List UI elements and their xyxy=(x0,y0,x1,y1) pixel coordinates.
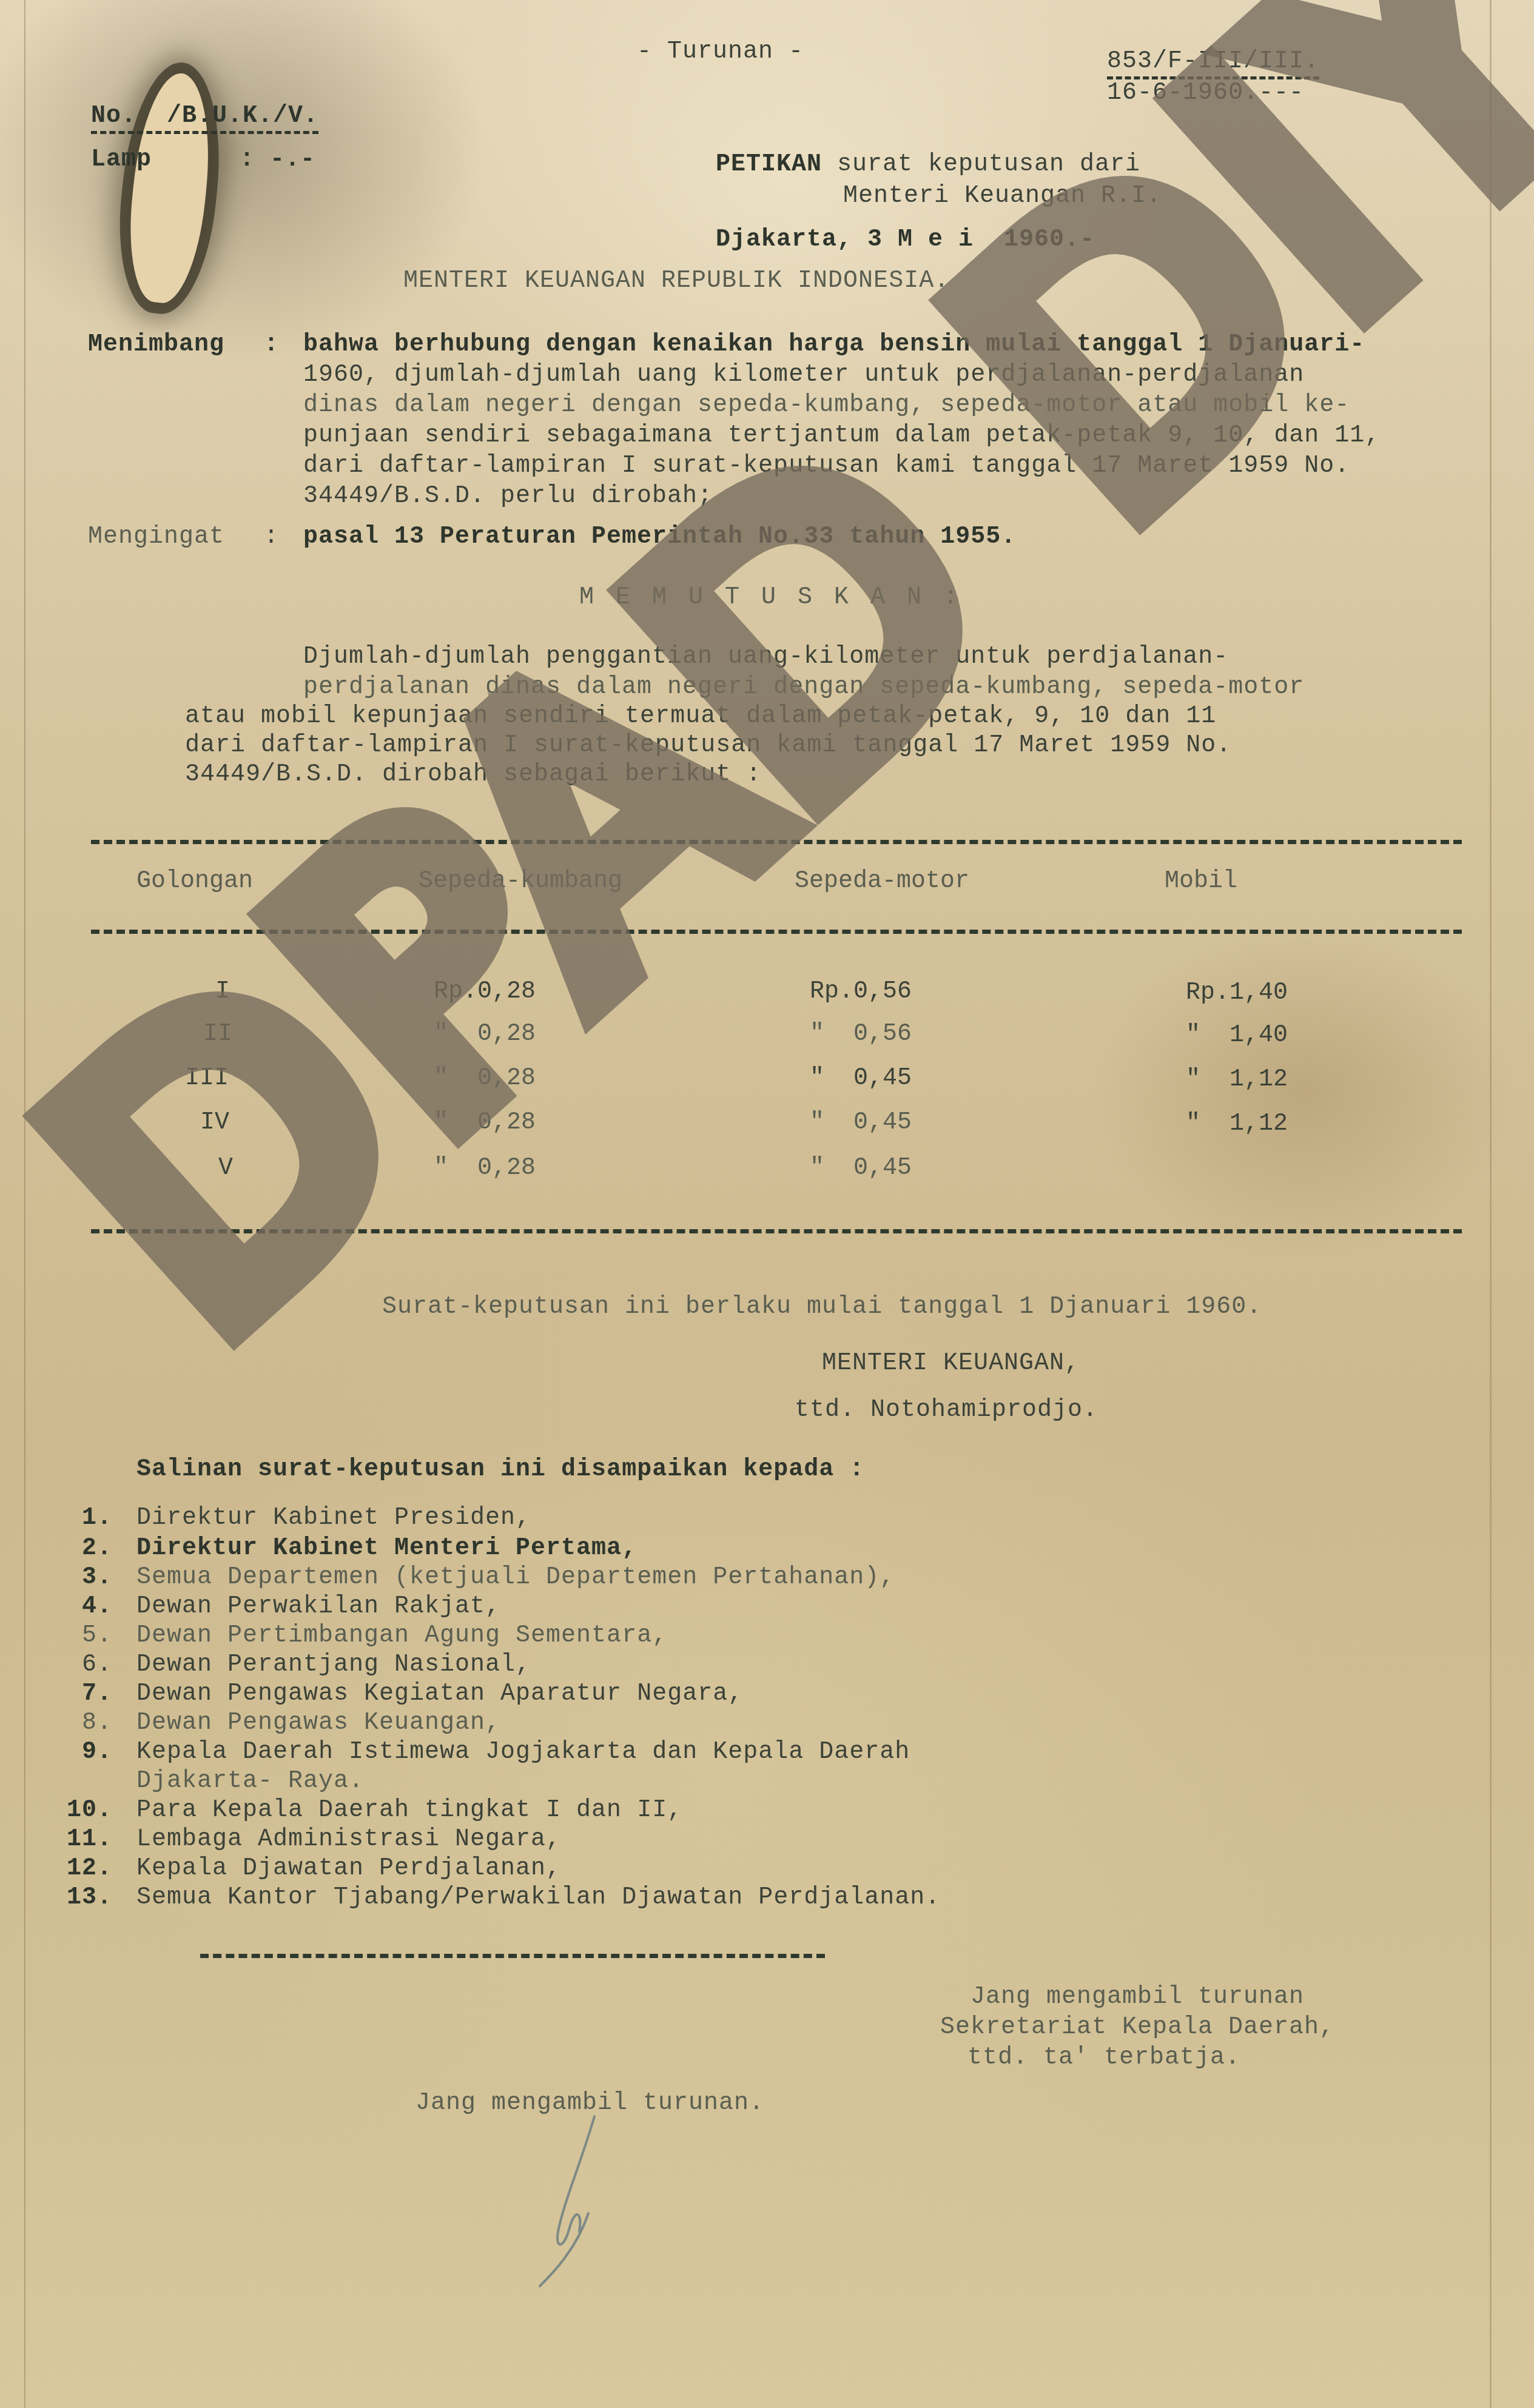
recalling-text: pasal 13 Peraturan Pemerintah No.33 tahu… xyxy=(303,523,1016,552)
decides-line: Djumlah-djumlah penggantian uang-kilomet… xyxy=(303,643,1228,672)
cell-golongan: III xyxy=(185,1064,229,1093)
cell-golongan: IV xyxy=(200,1108,229,1138)
table-rule-bottom xyxy=(91,1229,1462,1233)
list-number: 4. xyxy=(82,1592,112,1622)
column-header-mobil: Mobil xyxy=(1165,867,1237,896)
signatory-signed: ttd. Notohamiprodjo. xyxy=(795,1396,1098,1425)
attestation-line-3: ttd. ta' terbatja. xyxy=(967,2044,1240,2073)
reference-number-text: 853/F-III/III. xyxy=(1107,48,1319,79)
handwritten-signature xyxy=(522,2110,619,2292)
excerpt-subtitle: Menteri Keuangan R.I. xyxy=(843,182,1162,211)
cell-mobil: " 1,12 xyxy=(1186,1065,1288,1095)
signatory-title: MENTERI KEUANGAN, xyxy=(822,1349,1080,1378)
list-number: 9. xyxy=(82,1738,112,1767)
cell-sepeda-motor: " 0,56 xyxy=(810,1020,912,1049)
list-number: 3. xyxy=(82,1563,112,1592)
considerations-line: bahwa berhubung dengan kenaikan harga be… xyxy=(303,330,1365,360)
letter-number-text: No. /B.U.K./V. xyxy=(91,102,318,134)
cell-sepeda-kumbang: " 0,28 xyxy=(434,1108,536,1138)
list-text: Dewan Pengawas Kegiatan Aparatur Negara, xyxy=(136,1680,743,1709)
distribution-rule xyxy=(200,1954,825,1958)
list-text: Para Kepala Daerah tingkat I dan II, xyxy=(136,1796,682,1825)
list-number: 8. xyxy=(82,1709,112,1738)
cell-sepeda-kumbang: " 0,28 xyxy=(434,1020,536,1049)
considerations-line: dinas dalam negeri dengan sepeda-kumbang… xyxy=(303,391,1350,420)
column-header-sepeda-kumbang: Sepeda-kumbang xyxy=(419,867,622,896)
cell-golongan: I xyxy=(215,978,230,1007)
decides-line: atau mobil kepunjaan sendiri termuat dal… xyxy=(185,702,1216,731)
cell-sepeda-kumbang: Rp.0,28 xyxy=(434,978,536,1007)
decides-heading: M E M U T U S K A N : xyxy=(579,583,961,612)
list-text: Kepala Djawatan Perdjalanan, xyxy=(136,1854,561,1883)
cell-sepeda-motor: " 0,45 xyxy=(810,1064,912,1093)
excerpt-title-rest: surat keputusan dari xyxy=(822,151,1140,178)
page-edge-right xyxy=(1490,0,1492,2408)
copy-label: - Turunan - xyxy=(637,38,804,67)
considerations-line: 1960, djumlah-djumlah uang kilometer unt… xyxy=(303,361,1304,390)
cell-sepeda-motor: " 0,45 xyxy=(810,1108,912,1138)
list-text: Djakarta- Raya. xyxy=(136,1767,364,1796)
cell-mobil: " 1,40 xyxy=(1186,1021,1288,1050)
list-number: 11. xyxy=(67,1825,112,1854)
list-text: Dewan Perantjang Nasional, xyxy=(136,1651,531,1680)
reference-number: 853/F-III/III. xyxy=(1107,47,1319,76)
list-number: 12. xyxy=(67,1854,112,1883)
considerations-line: dari daftar-lampiran I surat-keputusan k… xyxy=(303,452,1350,481)
considerations-sep: : xyxy=(264,330,279,360)
issuer-heading: MENTERI KEUANGAN REPUBLIK INDONESIA. xyxy=(403,267,949,296)
cell-mobil: " 1,12 xyxy=(1186,1110,1288,1139)
cell-mobil: Rp.1,40 xyxy=(1186,979,1288,1008)
list-text: Dewan Pengawas Keuangan, xyxy=(136,1709,500,1738)
cell-sepeda-motor: Rp.0,56 xyxy=(810,978,912,1007)
cell-sepeda-kumbang: " 0,28 xyxy=(434,1064,536,1093)
list-number: 10. xyxy=(67,1796,112,1825)
attachment-value: : -.- xyxy=(240,146,315,175)
list-text: Semua Kantor Tjabang/Perwakilan Djawatan… xyxy=(136,1883,940,1913)
page-edge-left xyxy=(24,0,25,2408)
attachment-label: Lamp xyxy=(91,146,152,175)
excerpt-title: PETIKAN surat keputusan dari xyxy=(716,150,1140,179)
list-number: 5. xyxy=(82,1622,112,1651)
cell-sepeda-kumbang: " 0,28 xyxy=(434,1154,536,1183)
excerpt-title-bold: PETIKAN xyxy=(716,151,822,178)
attestation-line-2: Sekretariat Kepala Daerah, xyxy=(940,2013,1334,2042)
recalling-label: Mengingat xyxy=(88,523,224,552)
considerations-label: Menimbang xyxy=(88,330,224,360)
list-text: Direktur Kabinet Presiden, xyxy=(136,1504,531,1533)
list-text: Lembaga Administrasi Negara, xyxy=(136,1825,561,1854)
table-rule-top xyxy=(91,840,1462,844)
column-header-sepeda-motor: Sepeda-motor xyxy=(795,867,969,896)
letter-number: No. /B.U.K./V. xyxy=(91,102,318,131)
considerations-line: punjaan sendiri sebagaimana tertjantum d… xyxy=(303,421,1380,451)
list-text: Dewan Pertimbangan Agung Sementara, xyxy=(136,1622,667,1651)
list-text: Dewan Perwakilan Rakjat, xyxy=(136,1592,500,1622)
list-number: 13. xyxy=(67,1883,112,1913)
list-text: Semua Departemen (ketjuali Departemen Pe… xyxy=(136,1563,895,1592)
cell-sepeda-motor: " 0,45 xyxy=(810,1154,912,1183)
table-rule-header xyxy=(91,930,1462,934)
list-text: Direktur Kabinet Menteri Pertama, xyxy=(136,1534,637,1563)
list-number: 7. xyxy=(82,1680,112,1709)
decides-line: dari daftar-lampiran I surat-keputusan k… xyxy=(185,731,1231,760)
place-date: Djakarta, 3 M e i 1960.- xyxy=(716,226,1095,255)
list-number: 6. xyxy=(82,1651,112,1680)
attestation-line-1: Jang mengambil turunan xyxy=(971,1983,1304,2012)
distribution-intro: Salinan surat-keputusan ini disampaikan … xyxy=(136,1455,864,1484)
considerations-line: 34449/B.S.D. perlu dirobah; xyxy=(303,482,713,511)
decides-line: 34449/B.S.D. dirobah sebagai berikut : xyxy=(185,760,761,790)
decides-line: perdjalanan dinas dalam negeri dengan se… xyxy=(303,673,1304,702)
cell-golongan: II xyxy=(203,1020,232,1049)
column-header-golongan: Golongan xyxy=(136,867,253,896)
recalling-sep: : xyxy=(264,523,279,552)
list-number: 2. xyxy=(82,1534,112,1563)
effective-date-statement: Surat-keputusan ini berlaku mulai tangga… xyxy=(382,1293,1262,1322)
cell-golongan: V xyxy=(218,1154,233,1183)
list-text: Kepala Daerah Istimewa Jogjakarta dan Ke… xyxy=(136,1738,910,1767)
list-number: 1. xyxy=(82,1504,112,1533)
reference-date: 16-6-1960.--- xyxy=(1107,79,1304,108)
